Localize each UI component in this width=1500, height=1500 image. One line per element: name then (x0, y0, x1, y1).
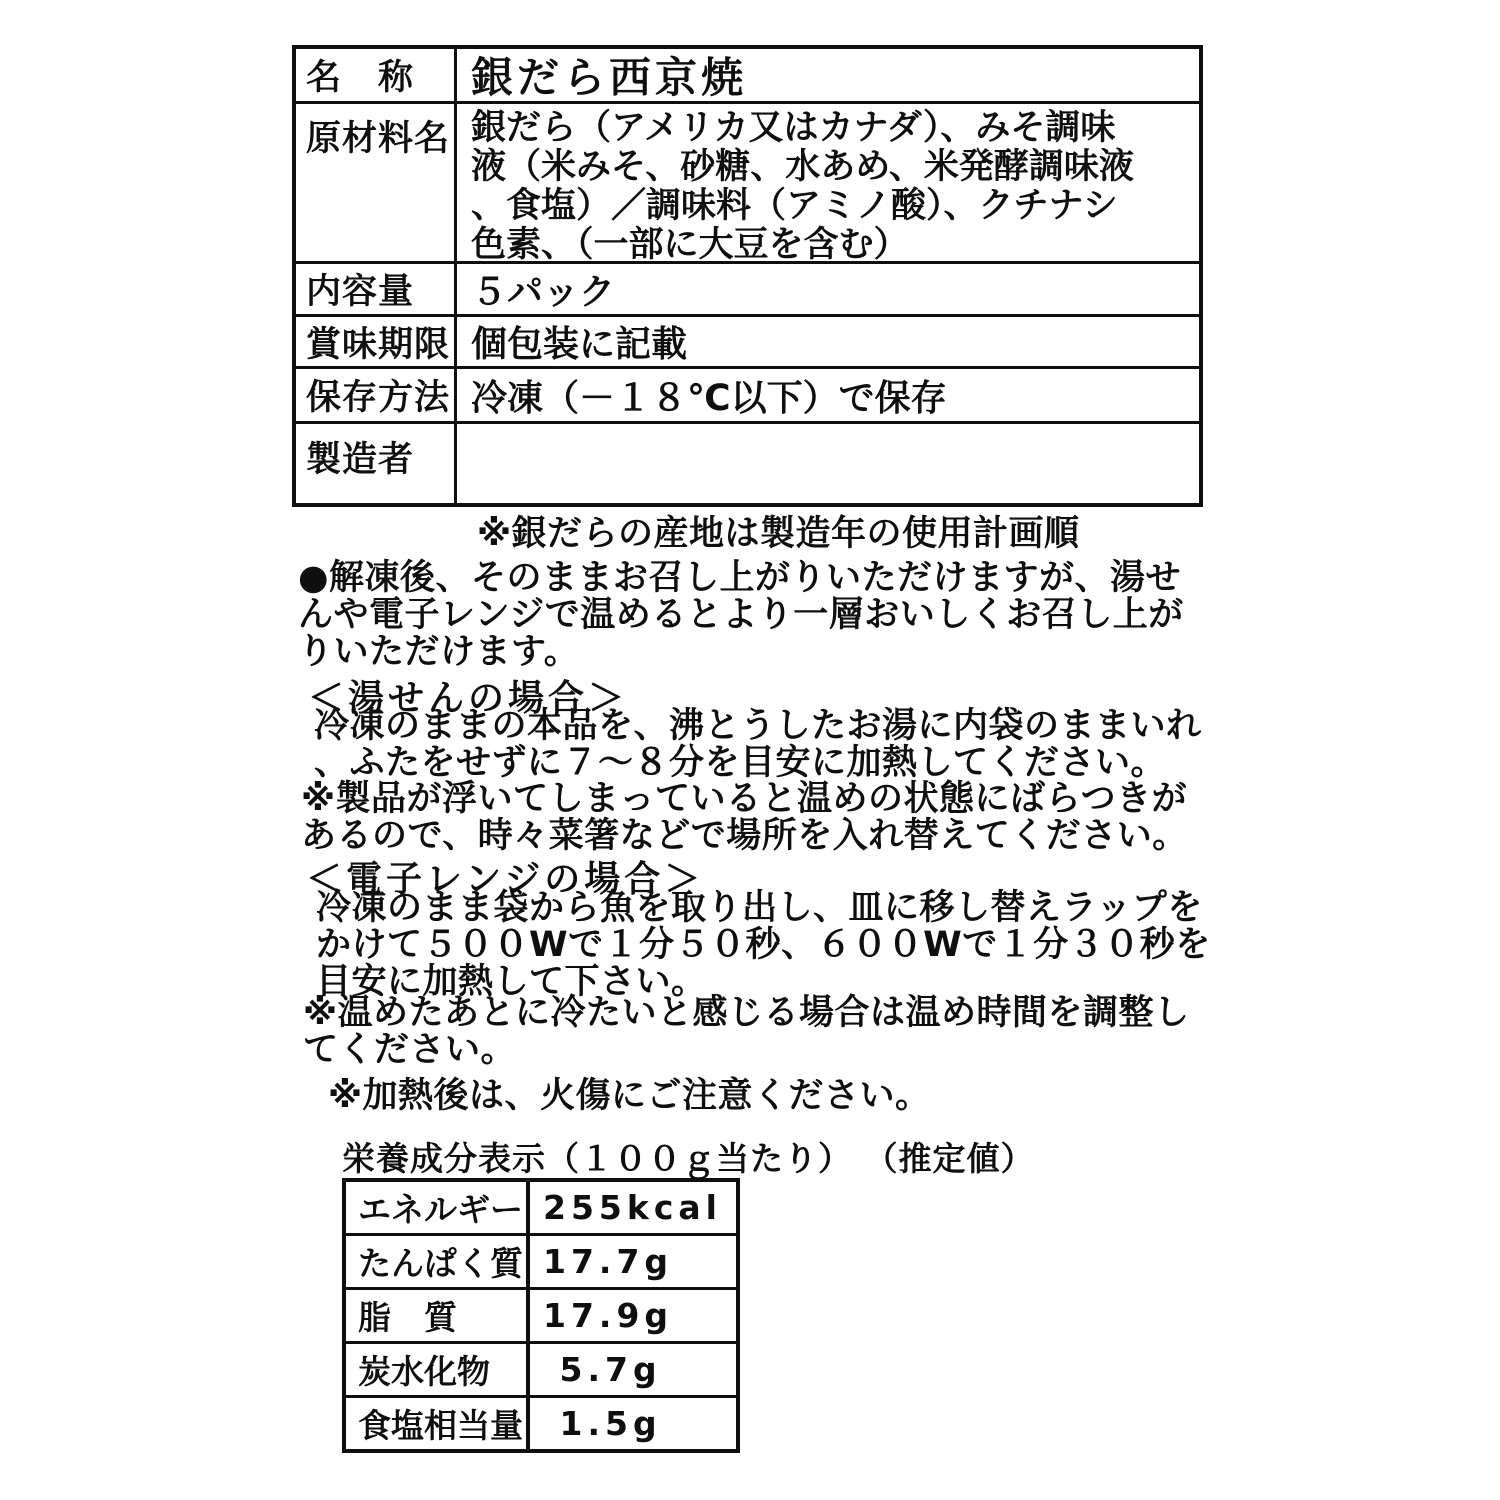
nutrition-label-salt: 食塩相当量 (346, 1398, 530, 1449)
table-row: 食塩相当量 1.5g (346, 1395, 736, 1449)
nutrition-value-fat: 17.9g (530, 1290, 736, 1341)
table-row: 賞味期限 個包装に記載 (296, 314, 1199, 366)
table-row: エネルギー 255kcal (346, 1182, 736, 1233)
nutrition-label-energy: エネルギー (346, 1182, 530, 1233)
nutrition-value-carbohydrate: 5.7g (530, 1344, 736, 1395)
origin-note: ※銀だらの産地は製造年の使用計画順 (477, 516, 1080, 553)
spec-value-storage: 冷凍（－１８℃以下）で保存 (457, 369, 1199, 421)
nutrition-table: エネルギー 255kcal たんぱく質 17.7g 脂 質 17.9g 炭水化物… (342, 1178, 740, 1453)
nutrition-label-protein: たんぱく質 (346, 1236, 530, 1287)
spec-value-ingredients: 銀だら（アメリカ又はカナダ）、みそ調味 液（米みそ、砂糖、水あめ、米発酵調味液 … (457, 104, 1199, 261)
table-row: 名 称 銀だら西京焼 (296, 49, 1199, 101)
spec-label-manufacturer: 製造者 (296, 424, 457, 503)
spec-value-name: 銀だら西京焼 (457, 49, 1199, 101)
spec-label-name: 名 称 (296, 49, 457, 101)
hot-water-instructions: 冷凍のままの本品を、沸とうしたお湯に内袋のままいれ 、ふたをせずに７～８分を目安… (314, 708, 1202, 782)
table-row: 製造者 (296, 421, 1199, 503)
spec-value-contents: ５パック (457, 264, 1199, 314)
nutrition-value-energy: 255kcal (530, 1182, 736, 1233)
nutrition-label-carbohydrate: 炭水化物 (346, 1344, 530, 1395)
spec-label-best-before: 賞味期限 (296, 317, 457, 366)
burn-caution: ※加熱後は、火傷にご注意ください。 (328, 1078, 931, 1115)
nutrition-label-fat: 脂 質 (346, 1290, 530, 1341)
table-row: 炭水化物 5.7g (346, 1341, 736, 1395)
table-row: 内容量 ５パック (296, 261, 1199, 314)
nutrition-title: 栄養成分表示（１００ｇ当たり） （推定値） (342, 1133, 1035, 1180)
microwave-caution: ※温めたあとに冷たいと感じる場合は温め時間を調整し てください。 (303, 995, 1190, 1069)
microwave-instructions: 冷凍のまま袋から魚を取り出し、皿に移し替えラップを かけて５００Wで１分５０秒、… (316, 890, 1211, 1001)
spec-value-best-before: 個包装に記載 (457, 317, 1199, 366)
table-row: 原材料名 銀だら（アメリカ又はカナダ）、みそ調味 液（米みそ、砂糖、水あめ、米発… (296, 101, 1199, 261)
table-row: 保存方法 冷凍（－１８℃以下）で保存 (296, 366, 1199, 421)
spec-label-ingredients: 原材料名 (296, 104, 457, 261)
table-row: たんぱく質 17.7g (346, 1233, 736, 1287)
spec-value-manufacturer (457, 424, 1199, 503)
food-label-sheet: 名 称 銀だら西京焼 原材料名 銀だら（アメリカ又はカナダ）、みそ調味 液（米み… (0, 0, 1500, 1500)
nutrition-value-salt: 1.5g (530, 1398, 736, 1449)
spec-label-contents: 内容量 (296, 264, 457, 314)
serving-note: ●解凍後、そのままお召し上がりいただけますが、湯せ んや電子レンジで温めるとより… (298, 560, 1184, 671)
hot-water-caution: ※製品が浮いてしまっていると温めの状態にばらつきが あるので、時々菜箸などで場所… (301, 781, 1188, 855)
nutrition-value-protein: 17.7g (530, 1236, 736, 1287)
spec-label-storage: 保存方法 (296, 369, 457, 421)
table-row: 脂 質 17.9g (346, 1287, 736, 1341)
spec-table: 名 称 銀だら西京焼 原材料名 銀だら（アメリカ又はカナダ）、みそ調味 液（米み… (292, 45, 1203, 507)
